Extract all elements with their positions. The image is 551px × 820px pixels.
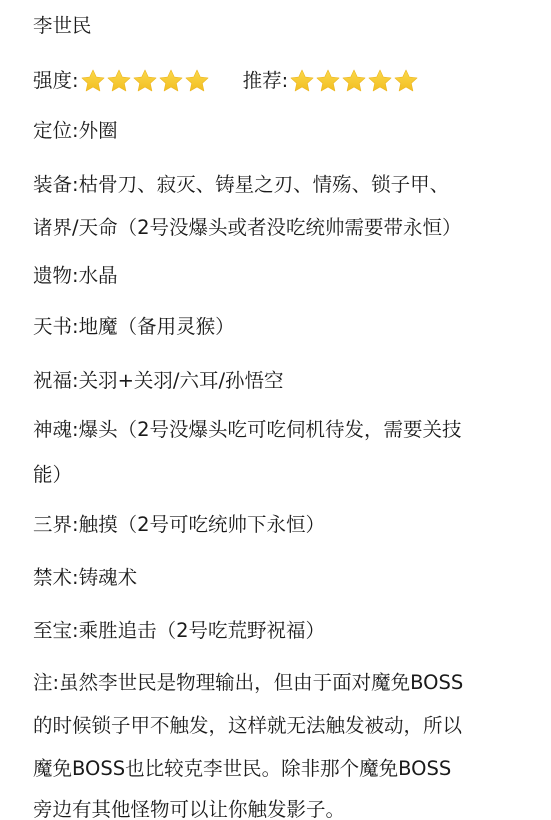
soul-line-2: 能）	[33, 463, 72, 487]
recommend-rating: 推荐:	[243, 68, 420, 94]
strength-rating: 强度:	[33, 68, 210, 94]
note-line-2: 的时候锁子甲不触发，这样就无法触发被动，所以	[33, 714, 462, 738]
forbidden-art-line: 禁术:铸魂术	[33, 566, 137, 590]
note-line-4: 旁边有其他怪物可以让你触发影子。	[33, 798, 345, 820]
recommend-label: 推荐:	[243, 69, 289, 93]
equipment-line-2: 诸界/天命（2号没爆头或者没吃统帅需要带永恒）	[33, 216, 461, 240]
star-icon	[315, 68, 341, 94]
ratings-row: 强度: 推荐:	[33, 68, 419, 94]
star-icon	[341, 68, 367, 94]
strength-label: 强度:	[33, 69, 79, 93]
star-icon	[158, 68, 184, 94]
three-realms-line: 三界:触摸（2号可吃统帅下永恒）	[33, 513, 325, 537]
blessing-line: 祝福:关羽+关羽/六耳/孙悟空	[33, 369, 284, 393]
heaven-book-line: 天书:地魔（备用灵猴）	[33, 315, 235, 339]
recommend-stars	[289, 68, 419, 94]
treasure-line: 至宝:乘胜追击（2号吃荒野祝福）	[33, 619, 325, 643]
star-icon	[289, 68, 315, 94]
soul-line-1: 神魂:爆头（2号没爆头吃可吃伺机待发，需要关技	[33, 418, 461, 442]
position-line: 定位:外圈	[33, 119, 118, 143]
star-icon	[80, 68, 106, 94]
strength-stars	[80, 68, 210, 94]
star-icon	[184, 68, 210, 94]
hero-name-title: 李世民	[33, 14, 92, 38]
star-icon	[132, 68, 158, 94]
relic-line: 遗物:水晶	[33, 264, 118, 288]
note-line-1: 注:虽然李世民是物理输出，但由于面对魔免BOSS	[33, 671, 463, 695]
star-icon	[106, 68, 132, 94]
note-line-3: 魔免BOSS也比较克李世民。除非那个魔免BOSS	[33, 757, 451, 781]
star-icon	[393, 68, 419, 94]
equipment-line-1: 装备:枯骨刀、寂灭、铸星之刃、情殇、锁子甲、	[33, 173, 449, 197]
star-icon	[367, 68, 393, 94]
